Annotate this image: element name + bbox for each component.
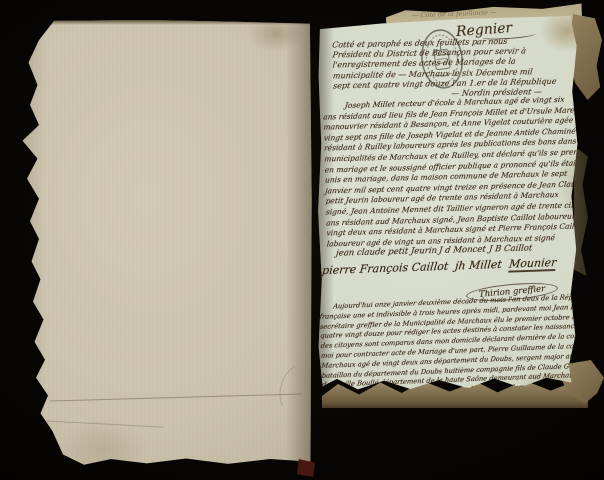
left-blank-page — [12, 20, 312, 467]
signature: Mounier — [508, 256, 557, 273]
signature: pierre François Caillot — [321, 260, 449, 279]
signature: jh Millet — [454, 258, 502, 275]
left-page-top-edge-shadow — [12, 20, 312, 25]
book-spine-sliver — [297, 459, 315, 477]
signature: J B Caillot — [488, 243, 532, 254]
second-act-paragraph: Aujourd'hui onze janvier deuxième décade… — [318, 293, 578, 401]
crease-line — [24, 419, 164, 427]
certification-paragraph: Cotté et paraphé es deux feuillets par n… — [331, 36, 568, 102]
signature: jean claude petit Jeurin — [335, 246, 437, 259]
right-page-assembly: — Côte de la feuillouse — Regnier — [316, 6, 604, 418]
ghost-handwriting-line: — Côte de la feuillouse — — [412, 8, 497, 20]
scanned-register-photo: — Côte de la feuillouse — Regnier — [0, 0, 604, 480]
left-page-deckle-shade — [12, 20, 46, 467]
signature: J d Moncet — [439, 245, 487, 256]
right-manuscript-page: Regnier Cotté et paraphé e — [316, 16, 578, 392]
principal-signatures-row: pierre François Caillot jh Millet Mounie… — [322, 256, 556, 279]
crease-line — [50, 393, 302, 401]
marriage-act-paragraph: Joseph Millet recteur d'école à Marchaux… — [322, 95, 578, 250]
page-stack-edge-right — [574, 146, 588, 276]
